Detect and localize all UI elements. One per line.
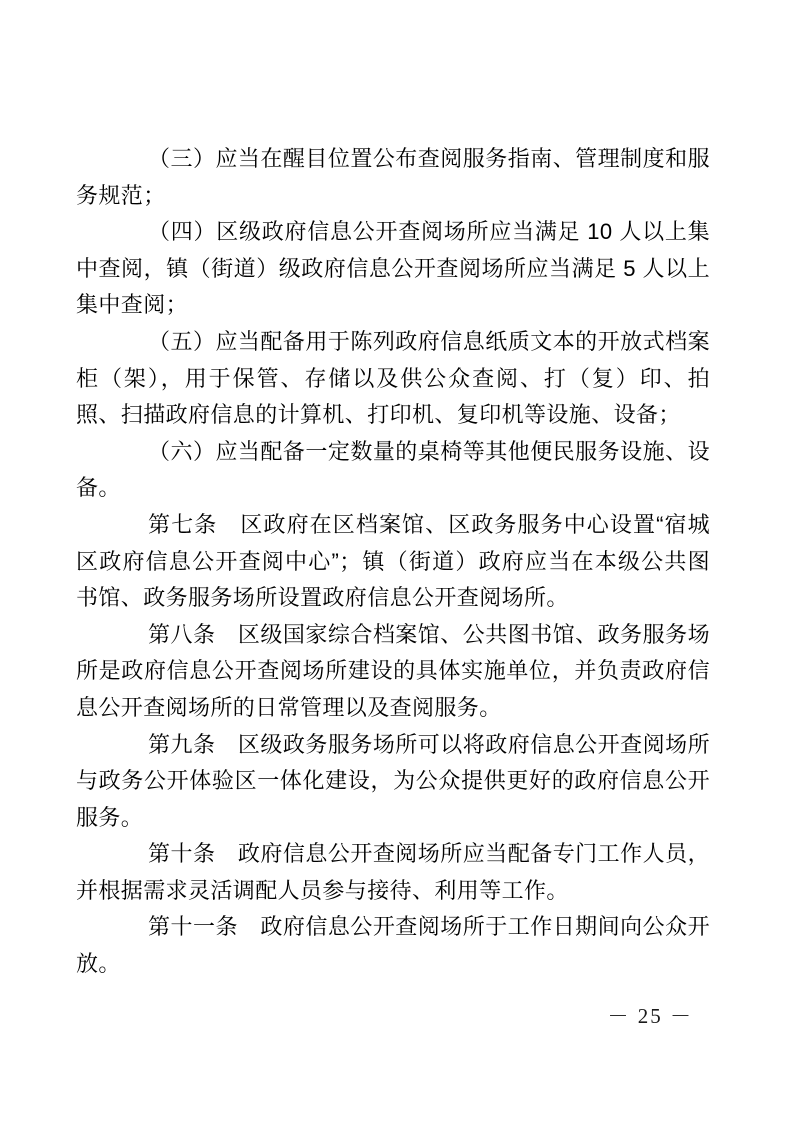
paragraph-article-10: 第十条 政府信息公开查阅场所应当配备专门工作人员，并根据需求灵活调配人员参与接待…: [76, 836, 710, 909]
document-body: （三）应当在醒目位置公布查阅服务指南、管理制度和服务规范； （四）区级政府信息公…: [76, 141, 710, 983]
document-page: （三）应当在醒目位置公布查阅服务指南、管理制度和服务规范； （四）区级政府信息公…: [0, 0, 793, 1122]
paragraph-item-5: （五）应当配备用于陈列政府信息纸质文本的开放式档案柜（架），用于保管、存储以及供…: [76, 324, 710, 434]
page-number: － 25 －: [608, 1000, 694, 1030]
paragraph-item-6: （六）应当配备一定数量的桌椅等其他便民服务设施、设备。: [76, 434, 710, 507]
paragraph-article-8: 第八条 区级国家综合档案馆、公共图书馆、政务服务场所是政府信息公开查阅场所建设的…: [76, 617, 710, 727]
paragraph-article-7: 第七条 区政府在区档案馆、区政务服务中心设置“宿城区政府信息公开查阅中心”；镇（…: [76, 507, 710, 617]
paragraph-item-4: （四）区级政府信息公开查阅场所应当满足 10 人以上集中查阅，镇（街道）级政府信…: [76, 214, 710, 324]
paragraph-article-11: 第十一条 政府信息公开查阅场所于工作日期间向公众开放。: [76, 909, 710, 982]
paragraph-article-9: 第九条 区级政务服务场所可以将政府信息公开查阅场所与政务公开体验区一体化建设，为…: [76, 727, 710, 837]
paragraph-item-3: （三）应当在醒目位置公布查阅服务指南、管理制度和服务规范；: [76, 141, 710, 214]
